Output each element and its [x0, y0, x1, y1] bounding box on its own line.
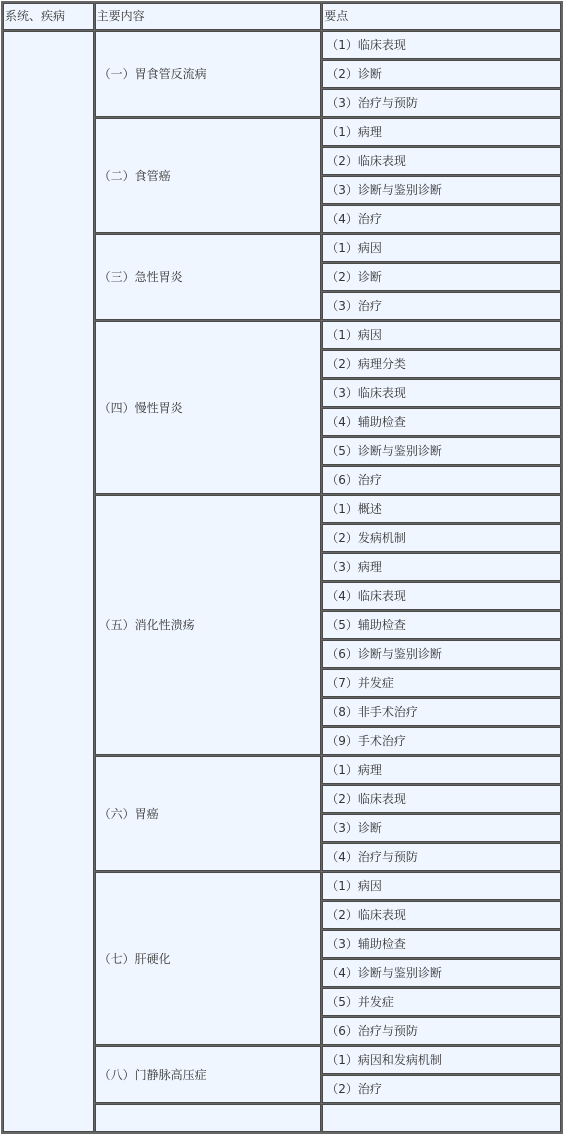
- table-header-row: 系统、疾病 主要内容 要点: [3, 3, 561, 30]
- key-point-cell: （3）诊断与鉴别诊断: [322, 176, 561, 204]
- key-point-cell: （3）治疗与预防: [322, 89, 561, 117]
- topic-cell: （一）胃食管反流病: [95, 31, 322, 117]
- topic-cell: （五）消化性溃疡: [95, 495, 322, 755]
- key-point-cell: （3）辅助检查: [322, 930, 561, 958]
- key-point-cell: （4）辅助检查: [322, 408, 561, 436]
- key-point-cell: （2）临床表现: [322, 785, 561, 813]
- header-main-content: 主要内容: [95, 3, 322, 30]
- key-point-cell: （1）病因: [322, 321, 561, 349]
- key-point-cell: （2）临床表现: [322, 147, 561, 175]
- key-point-cell: （2）诊断: [322, 60, 561, 88]
- key-point-cell: （4）治疗与预防: [322, 843, 561, 871]
- key-point-cell: （2）临床表现: [322, 901, 561, 929]
- key-point-cell: （2）发病机制: [322, 524, 561, 552]
- key-point-cell: （6）诊断与鉴别诊断: [322, 640, 561, 668]
- key-point-cell: （6）治疗与预防: [322, 1017, 561, 1033]
- topic-cell: （二）食管癌: [95, 118, 322, 233]
- table-row: （一）胃食管反流病（1）临床表现: [3, 31, 561, 59]
- key-point-cell: （4）临床表现: [322, 582, 561, 610]
- topic-cell: （七）肝硬化: [95, 872, 322, 1033]
- key-point-cell: （5）并发症: [322, 988, 561, 1016]
- key-point-cell: （9）手术治疗: [322, 727, 561, 755]
- topic-cell: （六）胃癌: [95, 756, 322, 871]
- header-system-disease: 系统、疾病: [3, 3, 94, 30]
- key-point-cell: （4）治疗: [322, 205, 561, 233]
- key-point-cell: （8）非手术治疗: [322, 698, 561, 726]
- key-point-cell: （1）病因: [322, 234, 561, 262]
- key-point-cell: （1）病理: [322, 118, 561, 146]
- topic-cell: （三）急性胃炎: [95, 234, 322, 320]
- key-point-cell: （5）辅助检查: [322, 611, 561, 639]
- key-point-cell: （3）病理: [322, 553, 561, 581]
- key-point-cell: （2）病理分类: [322, 350, 561, 378]
- key-point-cell: （4）诊断与鉴别诊断: [322, 959, 561, 987]
- topic-cell: （四）慢性胃炎: [95, 321, 322, 494]
- header-key-points: 要点: [322, 3, 561, 30]
- key-point-cell: （7）并发症: [322, 669, 561, 697]
- key-point-cell: （1）病因: [322, 872, 561, 900]
- syllabus-table: 系统、疾病 主要内容 要点 （一）胃食管反流病（1）临床表现（2）诊断（3）治疗…: [1, 1, 563, 1033]
- key-point-cell: （1）临床表现: [322, 31, 561, 59]
- key-point-cell: （3）治疗: [322, 292, 561, 320]
- key-point-cell: （1）概述: [322, 495, 561, 523]
- key-point-cell: （3）临床表现: [322, 379, 561, 407]
- system-disease-cell: [3, 31, 94, 1033]
- key-point-cell: （3）诊断: [322, 814, 561, 842]
- key-point-cell: （1）病理: [322, 756, 561, 784]
- key-point-cell: （2）诊断: [322, 263, 561, 291]
- key-point-cell: （5）诊断与鉴别诊断: [322, 437, 561, 465]
- key-point-cell: （6）治疗: [322, 466, 561, 494]
